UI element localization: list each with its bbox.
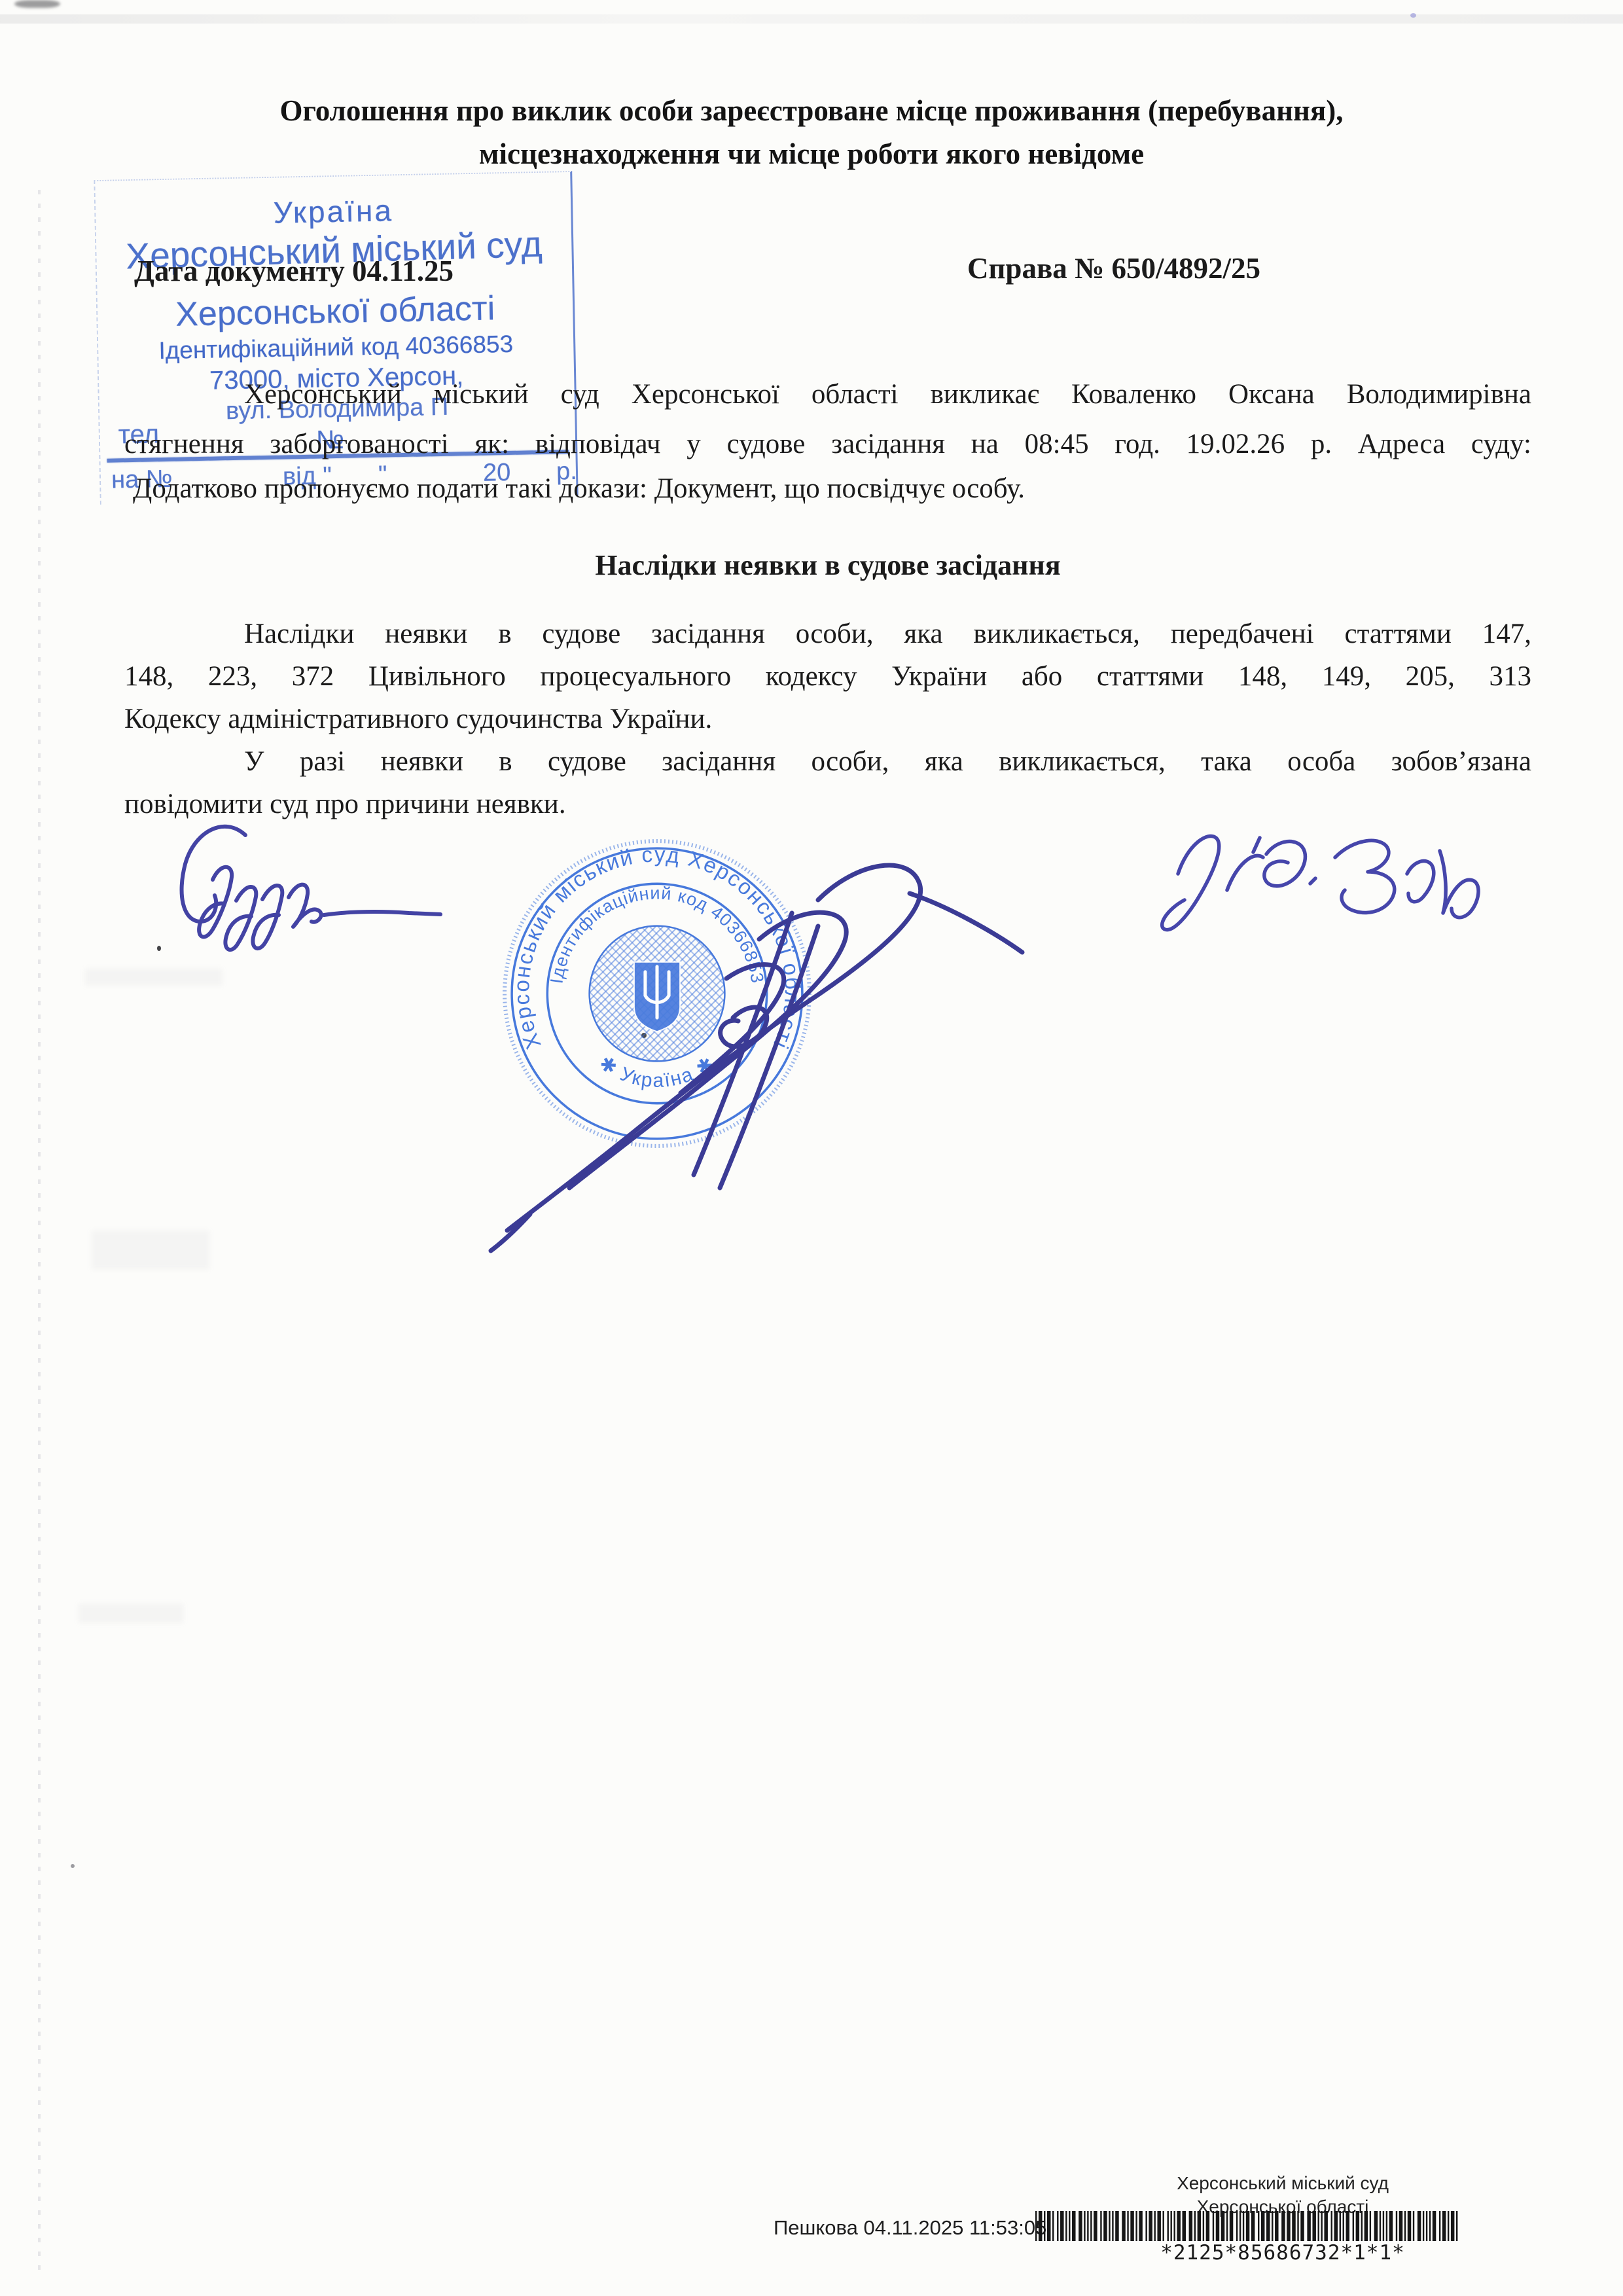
scan-artifact-bleedthrough (92, 1230, 209, 1270)
consequences-line2: 148, 223, 372 Цивільного процесуального … (124, 660, 1531, 692)
scan-artifact-left-dashes (38, 190, 41, 2271)
scan-artifact-speck (1410, 13, 1416, 18)
evidence-line: Додатково пропонуємо подати такі докази:… (133, 473, 1533, 505)
scanned-court-document: Оголошення про виклик особи зареєстрован… (0, 0, 1623, 2296)
summons-paragraph-line2: стягнення заборгованості як: відповідач … (124, 428, 1531, 460)
barcode-bars (1035, 2211, 1461, 2241)
barcode-value: *2125*85686732*1*1* (1086, 2241, 1479, 2265)
summons-paragraph-line1: Херсонський міський суд Херсонської обла… (124, 378, 1531, 410)
scan-artifact-corner-smudge (14, 0, 60, 8)
scan-artifact-bleedthrough (85, 969, 223, 986)
obligation-line1: У разі неявки в судове засідання особи, … (124, 745, 1531, 778)
judge-signature-over-seal (452, 821, 1027, 1253)
scan-artifact-bleedthrough (79, 1604, 183, 1623)
consequences-line1: Наслідки неявки в судове засідання особи… (124, 618, 1531, 650)
document-date-label: Дата документу 04.11.25 (134, 254, 454, 288)
case-number-label: Справа № 650/4892/25 (967, 251, 1260, 285)
scan-artifact-speck (71, 1864, 75, 1868)
document-title: Оголошення про виклик особи зареєстрован… (157, 89, 1466, 175)
footer-operator-timestamp: Пешкова 04.11.2025 11:53:05 (774, 2216, 1046, 2240)
document-title-line1: Оголошення про виклик особи зареєстрован… (157, 89, 1466, 132)
document-title-line2: місцезнаходження чи місце роботи якого н… (157, 132, 1466, 175)
footer-court-line1: Херсонський міський суд (1086, 2172, 1479, 2195)
consequences-line3: Кодексу адміністративного судочинства Ук… (124, 703, 1531, 735)
stamp-court-name-line2: Херсонської області (98, 287, 573, 336)
section-heading: Наслідки неявки в судове засідання (124, 548, 1531, 582)
barcode (1035, 2211, 1461, 2241)
scan-artifact-top-band (0, 14, 1623, 24)
judge-handwritten-signature-right (1139, 812, 1492, 962)
